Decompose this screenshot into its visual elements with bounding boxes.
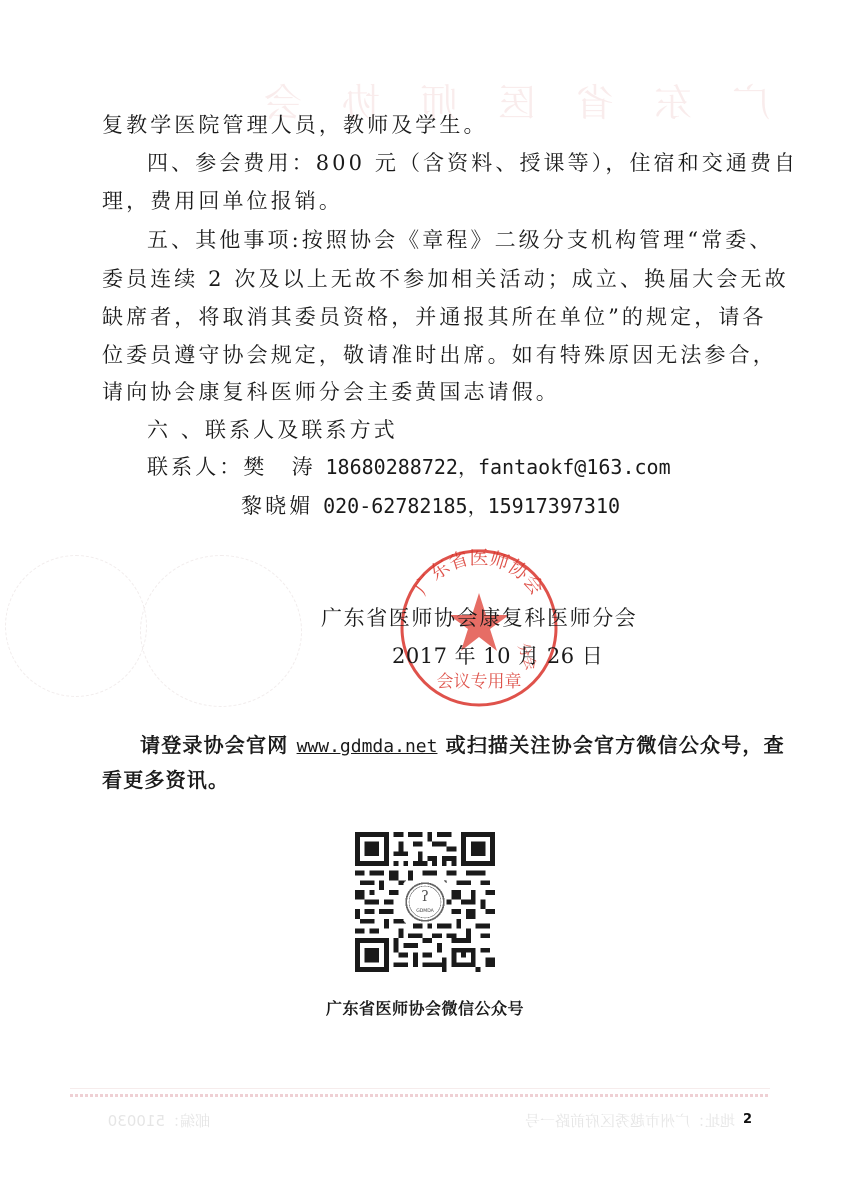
bleed-through-letterhead: 广东省医师协会 <box>170 72 770 112</box>
section-fee: 四、参会费用：800 元（含资料、授课等），住宿和交通费自 <box>147 151 797 175</box>
body-line-7: 位委员遵守协会规定，敬请准时出席。如有特殊原因无法参合， <box>102 343 752 367</box>
contact-1-name: 樊 涛 <box>243 455 315 479</box>
section-contacts: 六 、联系人及联系方式 <box>147 418 797 442</box>
body-line-3: 理，费用回单位报销。 <box>102 189 752 213</box>
body-line-1: 复教学医院管理人员，教师及学生。 <box>102 113 752 137</box>
contact-row-2: 黎晓媚 020-62782185，15917397310 <box>241 494 850 518</box>
qr-caption: 广东省医师协会微信公众号 <box>0 996 850 1019</box>
contact-1-info: 18680288722，fantaokf@163.com <box>326 455 671 479</box>
bleed-through-postcode: 邮编：510030 <box>70 1110 210 1130</box>
notice-prefix: 请登录协会官网 <box>140 733 297 757</box>
bleed-through-address: 地址：广州市越秀区府前路一号 <box>455 1110 735 1130</box>
contact-label: 联系人： <box>147 455 243 479</box>
notice-line-1: 请登录协会官网 www.gdmda.net 或扫描关注协会官方微信公众号，查 <box>140 733 785 759</box>
contact-2-name: 黎晓媚 <box>241 494 313 518</box>
body-line-8: 请向协会康复科医师分会主委黄国志请假。 <box>102 380 752 404</box>
body-line-5: 委员连续 2 次及以上无故不参加相关活动；成立、换届大会无故 <box>102 267 752 291</box>
bleed-through-seal-right <box>140 555 302 707</box>
signature-date: 2017 年 10 月 26 日 <box>392 644 603 668</box>
contact-row-1: 联系人：樊 涛 18680288722，fantaokf@163.com <box>147 455 797 479</box>
qr-logo-serpent-icon: ʔ <box>421 889 429 905</box>
footer-divider-faint <box>70 1088 770 1089</box>
bleed-through-seal-left <box>5 555 147 697</box>
svg-text:会议专用章: 会议专用章 <box>437 671 522 692</box>
website-link[interactable]: www.gdmda.net <box>297 736 438 757</box>
document-page: 广东省医师协会 复教学医院管理人员，教师及学生。 四、参会费用：800 元（含资… <box>0 0 850 1188</box>
notice-suffix: 或扫描关注协会官方微信公众号，查 <box>437 733 784 757</box>
page-number: 2 <box>743 1112 752 1127</box>
footer-divider <box>70 1094 770 1097</box>
wechat-qr-code[interactable]: ʔ GDMDA <box>355 832 495 972</box>
svg-text:GDMDA: GDMDA <box>416 908 434 914</box>
notice-line-2: 看更多资讯。 <box>102 768 229 792</box>
signature-organization: 广东省医师协会康复科医师分会 <box>321 606 637 630</box>
contact-2-info: 020-62782185，15917397310 <box>323 494 620 518</box>
svg-text:广东省医师协会: 广东省医师协会 <box>410 547 547 599</box>
section-other: 五、其他事项:按照协会《章程》二级分支机构管理“常委、 <box>147 228 797 252</box>
body-line-6: 缺席者，将取消其委员资格，并通报其所在单位”的规定，请各 <box>102 305 752 329</box>
